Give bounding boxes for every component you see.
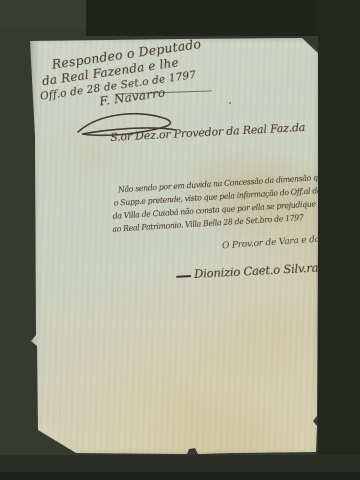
photo-frame: Respondeo o Deputado da Real Fazenda e l… [0,0,360,480]
docket-annotation: Respondeo o Deputado da Real Fazenda e l… [37,34,223,116]
body-paragraph: Não sendo por em duvida na Concessão da … [113,170,332,235]
manuscript-page: Respondeo o Deputado da Real Fazenda e l… [30,36,318,455]
signature: Dionizio Caet.o Silv.ra [194,260,319,280]
signature-lead-stroke [176,275,191,278]
background-shadow-right [318,0,360,480]
paper-blemish [31,414,34,419]
paper-blemish [229,102,231,104]
background-bottom-edge [0,472,360,480]
background-top-left [0,0,86,30]
